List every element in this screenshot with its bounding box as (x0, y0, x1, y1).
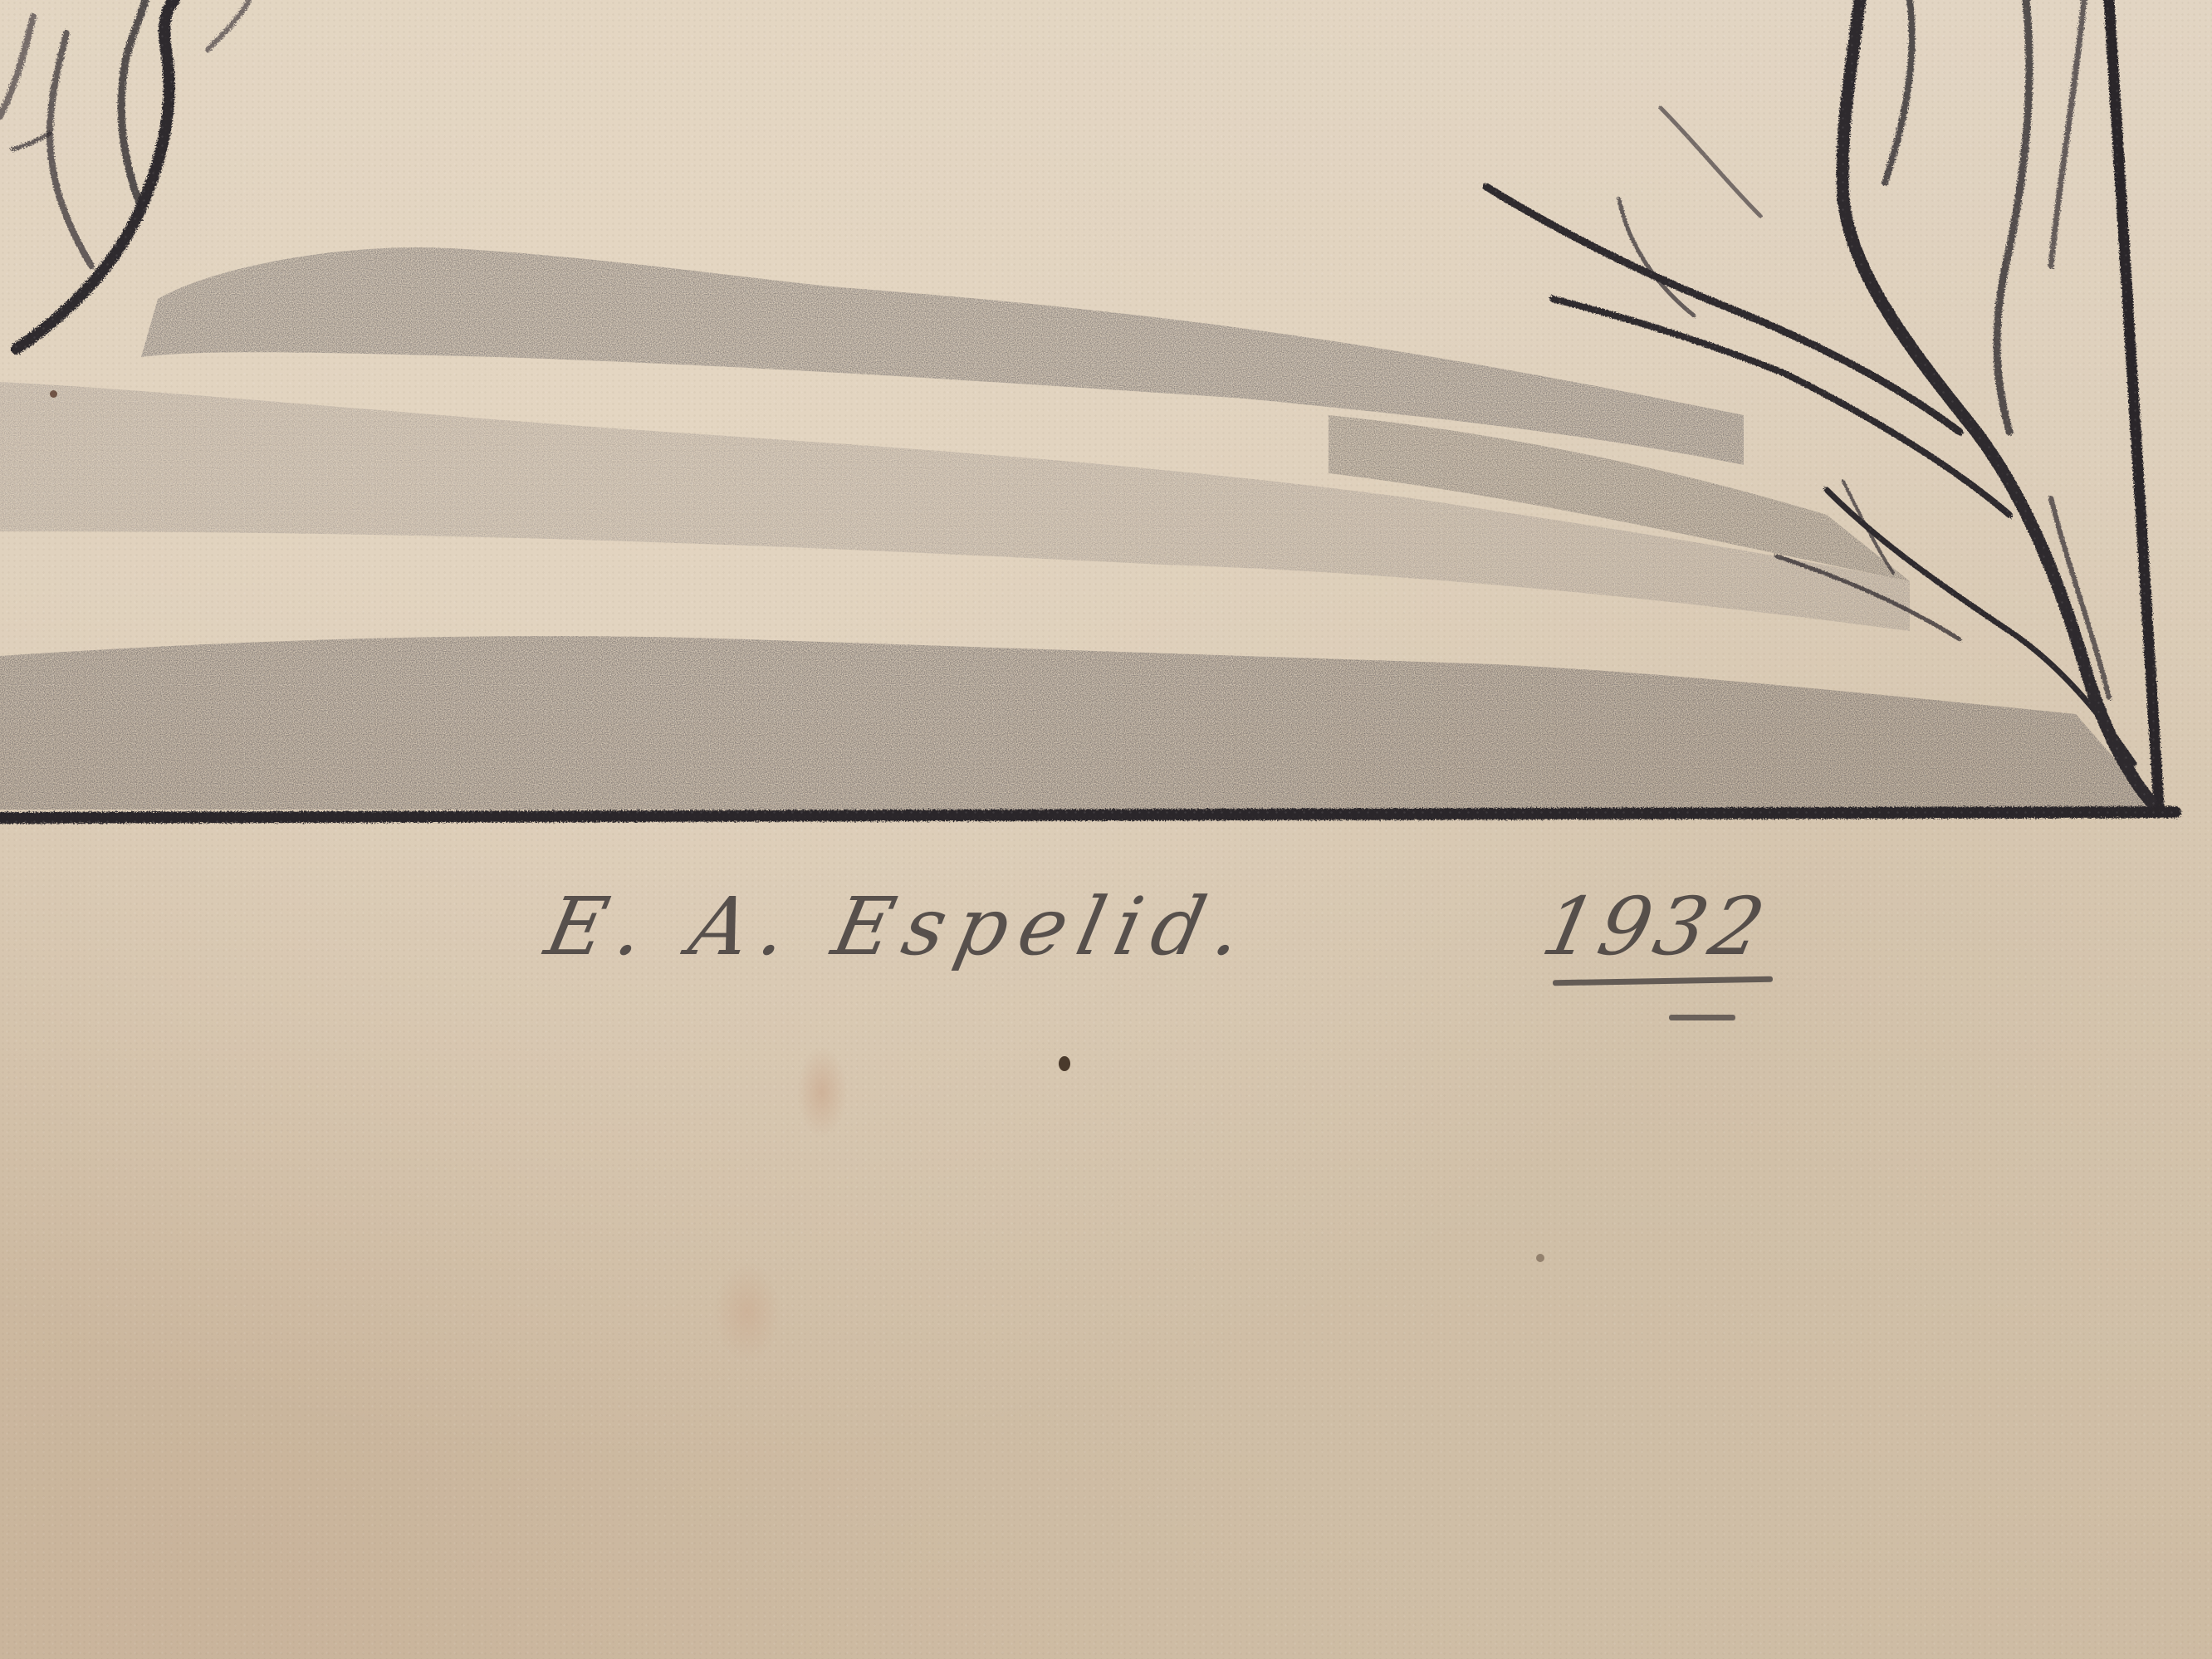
artwork-photo: E. A. Espelid. 1932 (0, 0, 2212, 1659)
hill-shading (0, 247, 2159, 810)
signature-date: 1932 (1534, 880, 1777, 973)
pencil-landscape-drawing (0, 0, 2212, 1659)
date-underline-short (1669, 1015, 1735, 1020)
artist-signature: E. A. Espelid. (538, 880, 1262, 973)
